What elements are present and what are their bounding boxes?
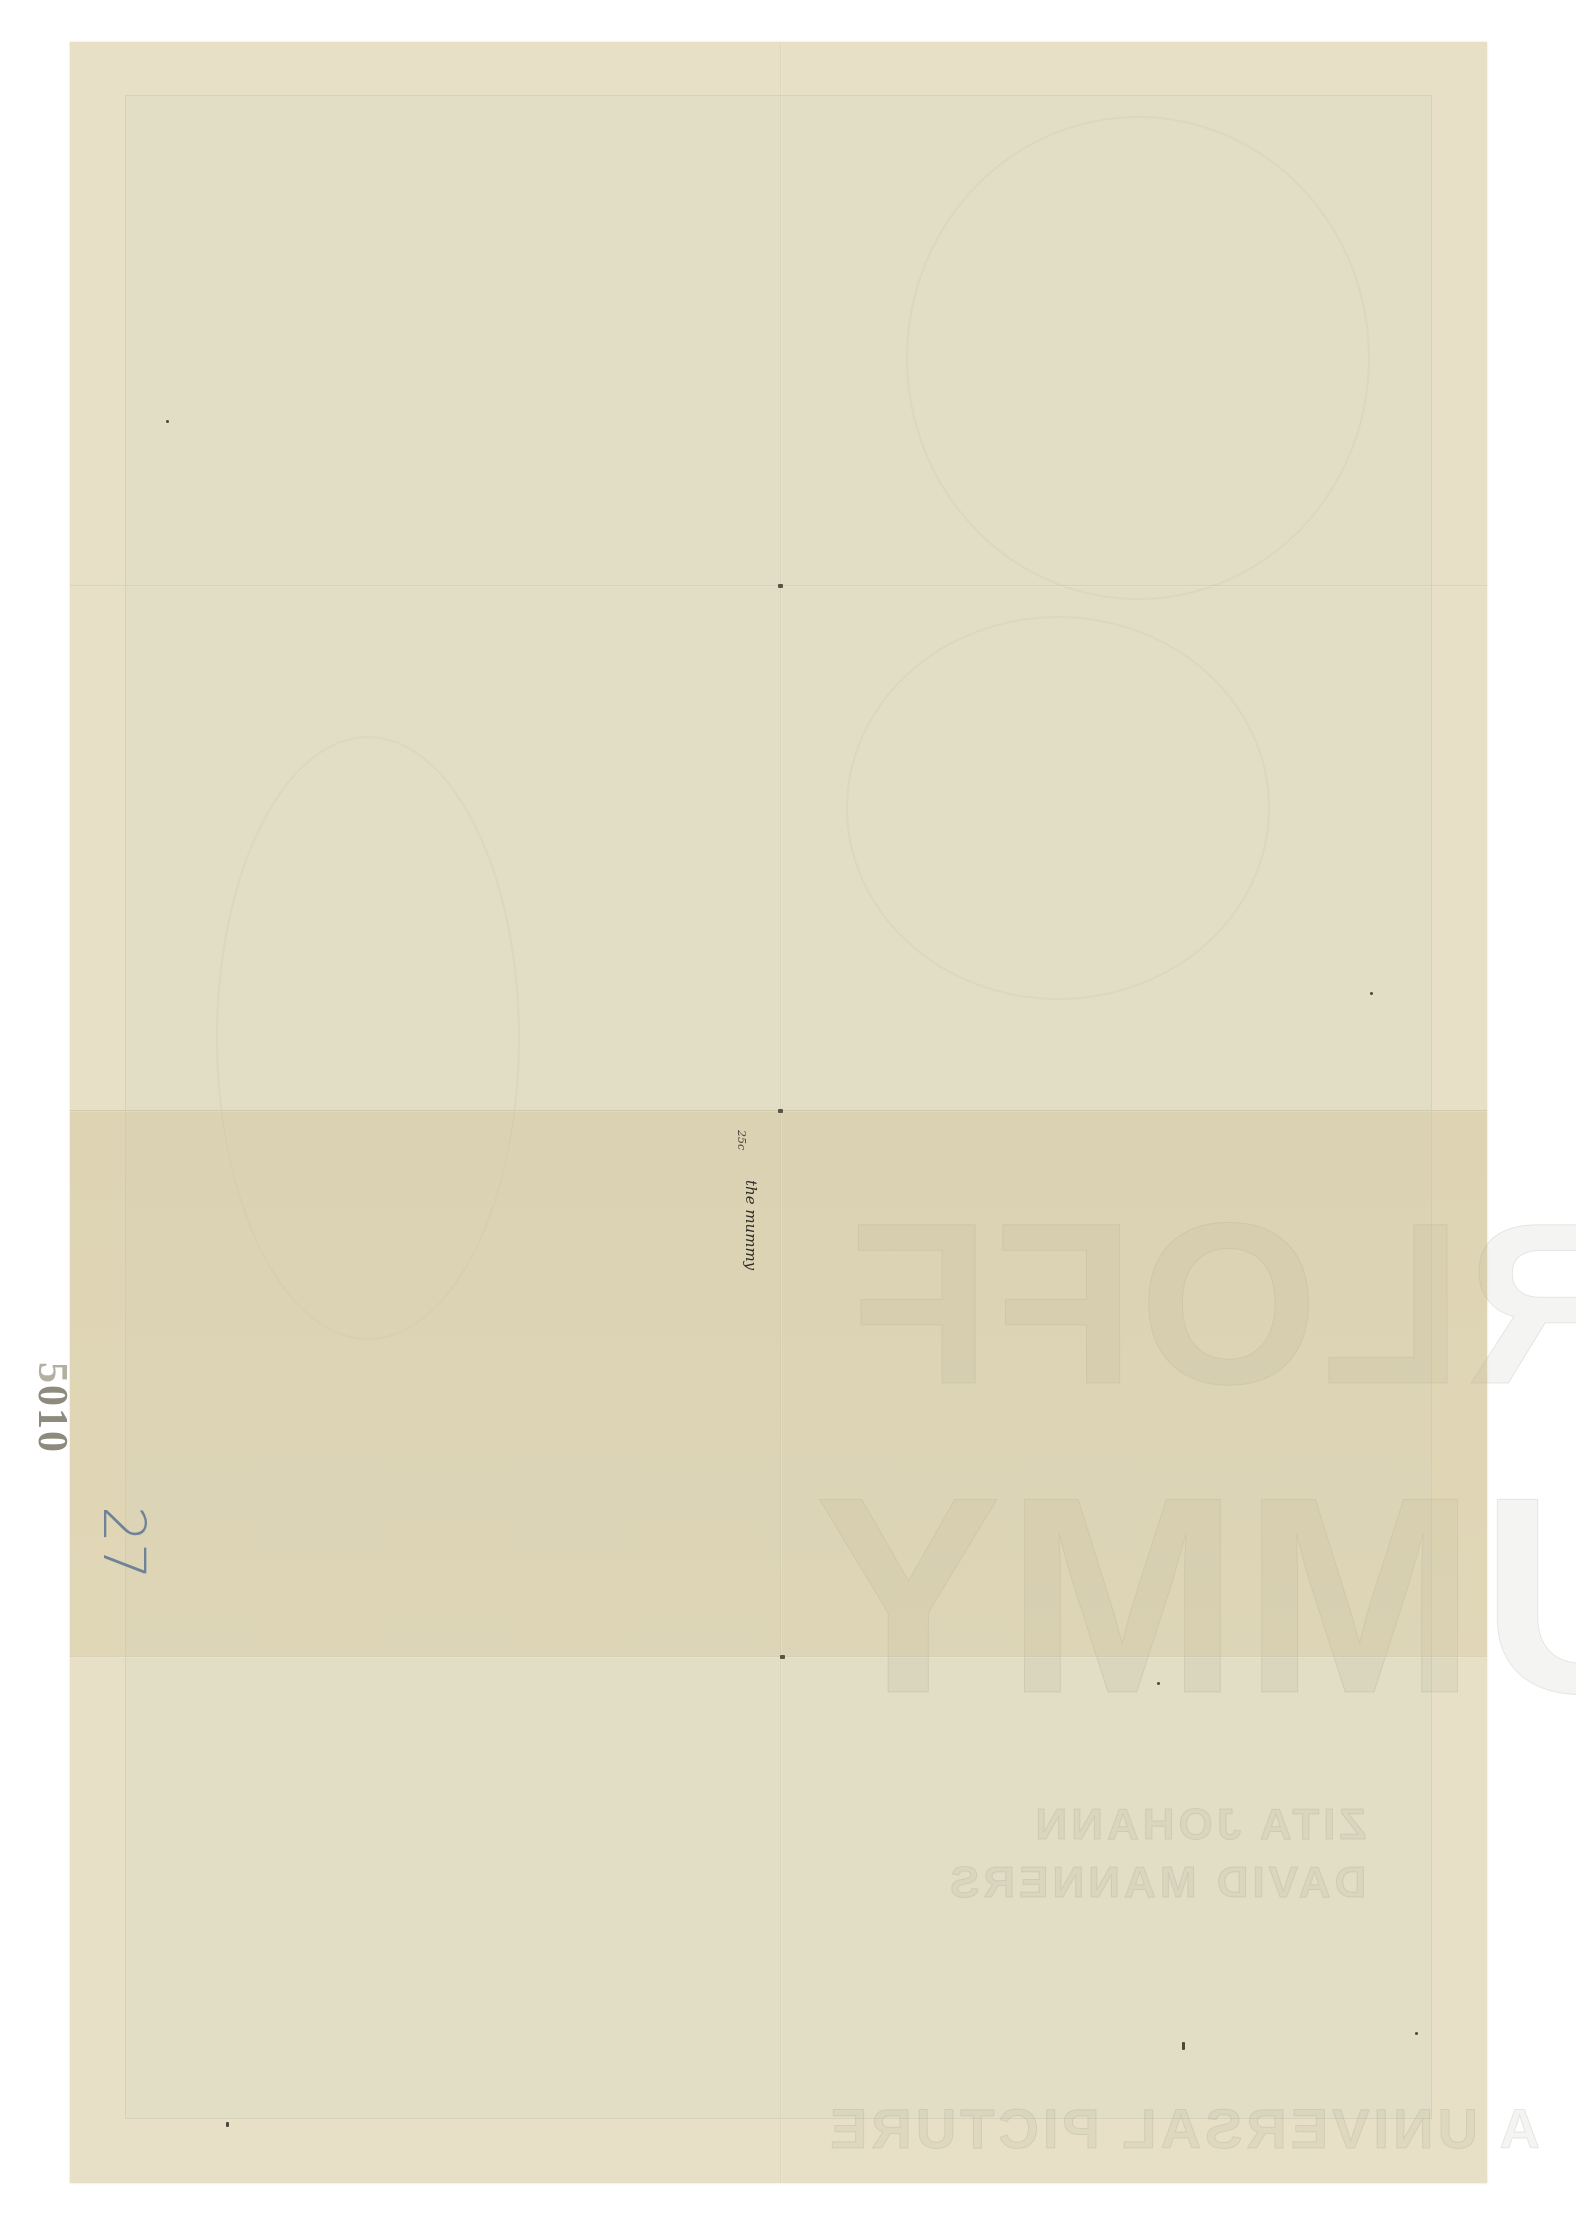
inventory-stamp-number: 5010 xyxy=(28,1362,76,1454)
print-area: KARLOFF MUMMY ZITA JOHANN DAVID MANNERS … xyxy=(125,95,1432,2119)
paper-speck xyxy=(1415,2032,1418,2035)
show-through-credit: ZITA JOHANN xyxy=(946,1796,1366,1854)
show-through-credit: DAVID MANNERS xyxy=(946,1854,1366,1912)
fold-intersection-mark xyxy=(778,1109,783,1113)
paper-speck xyxy=(1157,1682,1160,1685)
stamp-digits: 010 xyxy=(29,1385,75,1454)
fold-intersection-mark xyxy=(780,1655,785,1659)
paper-speck xyxy=(1182,2042,1185,2050)
yellowed-fold-panel xyxy=(70,1110,1487,1656)
paper-speck xyxy=(226,2122,229,2127)
fold-intersection-mark xyxy=(778,584,783,588)
handwritten-title: the mummy xyxy=(742,1180,760,1270)
handwritten-number: 27 xyxy=(90,1506,158,1580)
show-through-credits: ZITA JOHANN DAVID MANNERS xyxy=(946,1796,1366,1912)
show-through-portrait-top xyxy=(906,116,1370,600)
poster-paper: KARLOFF MUMMY ZITA JOHANN DAVID MANNERS … xyxy=(70,42,1487,2183)
fold-line-horizontal-3 xyxy=(70,1656,1487,1658)
handwritten-price: 25c xyxy=(735,1130,748,1150)
show-through-studio: A UNIVERSAL PICTURE xyxy=(826,2096,1540,2161)
show-through-portrait-middle xyxy=(846,616,1270,1000)
paper-speck xyxy=(166,420,169,423)
paper-speck xyxy=(1370,992,1373,995)
stamp-faint-digit: 5 xyxy=(29,1362,75,1385)
